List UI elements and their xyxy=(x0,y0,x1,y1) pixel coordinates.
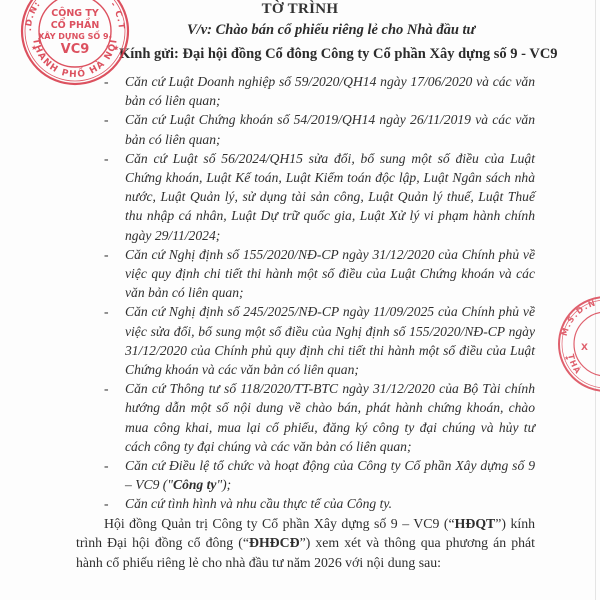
svg-text:XÂY DỰNG SỐ 9-: XÂY DỰNG SỐ 9- xyxy=(38,29,112,41)
company-defined-term: Công ty xyxy=(173,477,216,492)
legal-basis-text: Căn cứ Điều lệ tổ chức và hoạt động của … xyxy=(125,458,535,492)
document-page: TỜ TRÌNH V/v: Chào bán cổ phiếu riêng lẻ… xyxy=(0,0,600,600)
legal-basis-item: - Căn cứ Nghị định số 245/2025/NĐ-CP ngà… xyxy=(0,302,535,379)
svg-text:★: ★ xyxy=(31,44,37,52)
legal-basis-item: - Căn cứ Điều lệ tổ chức và hoạt động củ… xyxy=(0,456,535,494)
svg-text:CỔ PHẦN: CỔ PHẦN xyxy=(51,18,100,31)
legal-basis-text: Căn cứ Nghị định số 245/2025/NĐ-CP ngày … xyxy=(125,304,535,377)
legal-basis-text: Căn cứ Luật số 56/2024/QH15 sửa đổi, bổ … xyxy=(125,151,535,243)
legal-basis-text: Căn cứ Luật Doanh nghiệp số 59/2020/QH14… xyxy=(125,74,535,108)
bullet-dash: - xyxy=(104,456,109,475)
legal-basis-item: - Căn cứ tình hình và nhu cầu thực tế củ… xyxy=(0,494,535,513)
dhdcd-term: ĐHĐCĐ xyxy=(249,535,300,550)
hdqt-term: HĐQT xyxy=(455,516,496,531)
svg-text:VC9: VC9 xyxy=(61,42,90,57)
document-title: TỜ TRÌNH xyxy=(0,1,600,18)
legal-basis-item: - Căn cứ Luật số 56/2024/QH15 sửa đổi, b… xyxy=(0,149,535,245)
bullet-dash: - xyxy=(104,494,109,513)
bullet-dash: - xyxy=(104,110,109,129)
legal-basis-text: Căn cứ tình hình và nhu cầu thực tế của … xyxy=(125,496,392,511)
legal-basis-item: - Căn cứ Luật Doanh nghiệp số 59/2020/QH… xyxy=(0,72,535,110)
bullet-dash: - xyxy=(104,72,109,91)
bullet-dash: - xyxy=(104,149,109,168)
bullet-dash: - xyxy=(104,302,109,321)
document-subject: V/v: Chào bán cổ phiếu riêng lẻ cho Nhà … xyxy=(187,22,475,39)
legal-basis-item: - Căn cứ Nghị định số 155/2020/NĐ-CP ngà… xyxy=(0,245,535,303)
legal-basis-text: Căn cứ Luật Chứng khoán số 54/2019/QH14 … xyxy=(125,112,535,146)
legal-basis-item: - Căn cứ Luật Chứng khoán số 54/2019/QH1… xyxy=(0,110,535,148)
legal-basis-text: Căn cứ Nghị định số 155/2020/NĐ-CP ngày … xyxy=(125,247,535,300)
legal-basis-item: - Căn cứ Thông tư số 118/2020/TT-BTC ngà… xyxy=(0,379,535,456)
addressee-line: Kính gửi: Đại hội đồng Cổ đông Công ty C… xyxy=(119,46,558,63)
legal-basis-text: Căn cứ Thông tư số 118/2020/TT-BTC ngày … xyxy=(125,381,535,454)
bullet-dash: - xyxy=(104,245,109,264)
proposal-paragraph: Hội đồng Quản trị Công ty Cổ phần Xây dự… xyxy=(76,514,535,573)
bullet-dash: - xyxy=(104,379,109,398)
legal-basis-list: - Căn cứ Luật Doanh nghiệp số 59/2020/QH… xyxy=(0,72,600,514)
